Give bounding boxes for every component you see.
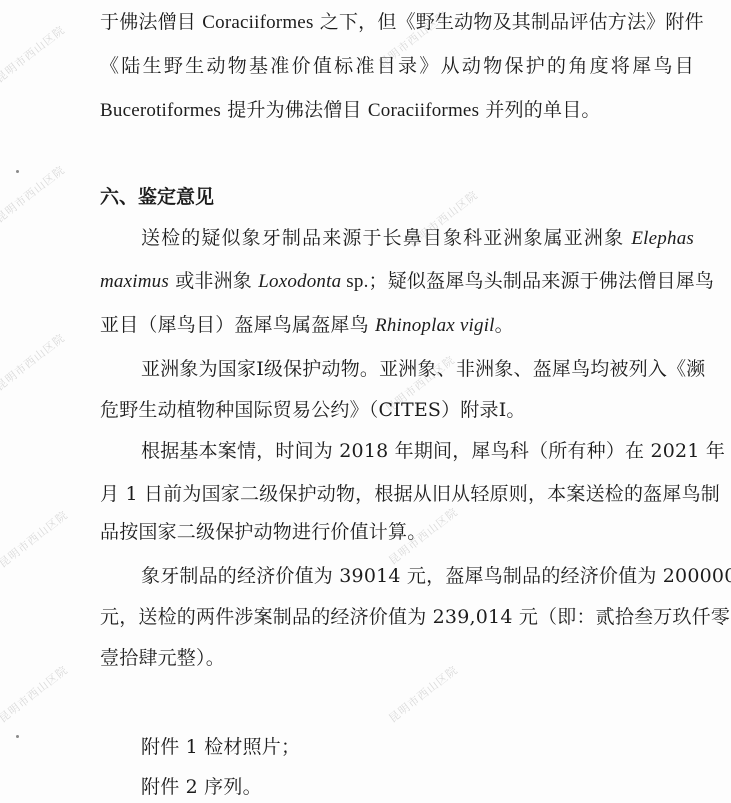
- paragraph-line: 元，送检的两件涉案制品的经济价值为 239,014 元（即：贰拾叁万玖仟零: [100, 605, 694, 629]
- text-run: 月 1 日前为国家二级保护动物，根据从旧从轻原则，本案送检的盔犀鸟制: [100, 483, 720, 505]
- watermark: 昆明市西山区院: [0, 330, 68, 394]
- text-run: sp.: [341, 271, 368, 292]
- paragraph-line: 象牙制品的经济价值为 39014 元，盔犀鸟制品的经济价值为 200000: [141, 564, 694, 588]
- paragraph-line: 壹拾肆元整）。: [100, 646, 694, 670]
- text-run: 亚洲象为国家I级保护动物。亚洲象、非洲象、盔犀鸟均被列入《濒: [141, 358, 706, 380]
- text-run: Bucerotiformes: [100, 100, 221, 121]
- text-run: 送检的疑似象牙制品来源于长鼻目象科亚洲象属亚洲象: [141, 227, 631, 249]
- watermark: 昆明市西山区院: [0, 162, 68, 226]
- watermark: 昆明市西山区院: [0, 22, 68, 86]
- intro-line: 《陆生野生动物基准价值标准目录》从动物保护的角度将犀鸟目: [100, 54, 694, 78]
- paragraph-line: 根据基本案情，时间为 2018 年期间，犀鸟科（所有种）在 2021 年 2: [141, 439, 694, 463]
- scan-speck: [16, 735, 19, 738]
- text-run: 并列的单目。: [479, 99, 600, 121]
- watermark: 昆明市西山区院: [385, 662, 461, 726]
- paragraph-line: 亚洲象为国家I级保护动物。亚洲象、非洲象、盔犀鸟均被列入《濒: [141, 357, 694, 381]
- paragraph-line: 危野生动植物种国际贸易公约》（CITES）附录I。: [100, 398, 694, 422]
- watermark: 昆明市西山区院: [0, 507, 71, 571]
- text-run: 。: [495, 314, 514, 336]
- scan-speck: [16, 170, 19, 173]
- text-run: 或非洲象: [169, 270, 258, 292]
- text-run: 之下，但《野生动物及其制品评估方法》附件: [314, 11, 704, 33]
- scientific-name: Loxodonta: [258, 271, 341, 292]
- paragraph-line: 品按国家二级保护动物进行价值计算。: [100, 520, 694, 544]
- scientific-name: Elephas: [631, 228, 694, 249]
- text-run: 危野生动植物种国际贸易公约》（CITES）附录I。: [100, 399, 526, 421]
- text-run: 壹拾肆元整）。: [100, 647, 225, 669]
- intro-line: 于佛法僧目 Coraciiformes 之下，但《野生动物及其制品评估方法》附件: [100, 10, 694, 35]
- paragraph-line: maximus 或非洲象 Loxodonta sp.；疑似盔犀鸟头制品来源于佛法…: [100, 269, 694, 294]
- scientific-name: maximus: [100, 271, 169, 292]
- text-run: 亚目（犀鸟目）盔犀鸟属盔犀鸟: [100, 314, 375, 336]
- attachment-1: 附件 1 检材照片；: [141, 735, 300, 759]
- text-run: 元，送检的两件涉案制品的经济价值为 239,014 元（即：贰拾叁万玖仟零: [100, 606, 730, 628]
- watermark: 昆明市西山区院: [0, 662, 71, 726]
- text-run: 提升为佛法僧目: [221, 99, 368, 121]
- section-heading: 六、鉴定意见: [100, 185, 214, 209]
- text-run: Coraciiformes: [202, 12, 313, 33]
- intro-line: Bucerotiformes 提升为佛法僧目 Coraciiformes 并列的…: [100, 98, 694, 123]
- document-page: 昆明市西山区院 昆明市西山区院 昆明市西山区院 昆明市西山区院 昆明市西山区院 …: [0, 0, 731, 803]
- text-run: Coraciiformes: [368, 100, 479, 121]
- text-run: 《陆生野生动物基准价值标准目录》从动物保护的角度将犀鸟目: [100, 55, 694, 77]
- text-run: 于佛法僧目: [100, 11, 202, 33]
- text-run: 根据基本案情，时间为 2018 年期间，犀鸟科（所有种）在 2021 年 2: [141, 440, 731, 462]
- text-run: 品按国家二级保护动物进行价值计算。: [100, 521, 426, 543]
- scientific-name: Rhinoplax vigil: [375, 315, 495, 336]
- text-run: 象牙制品的经济价值为 39014 元，盔犀鸟制品的经济价值为 200000: [141, 565, 731, 587]
- paragraph-line: 月 1 日前为国家二级保护动物，根据从旧从轻原则，本案送检的盔犀鸟制: [100, 482, 694, 506]
- paragraph-line: 亚目（犀鸟目）盔犀鸟属盔犀鸟 Rhinoplax vigil。: [100, 313, 694, 338]
- text-run: ；疑似盔犀鸟头制品来源于佛法僧目犀鸟: [369, 270, 715, 292]
- paragraph-line: 送检的疑似象牙制品来源于长鼻目象科亚洲象属亚洲象 Elephas: [141, 226, 694, 251]
- attachment-2: 附件 2 序列。: [141, 775, 262, 799]
